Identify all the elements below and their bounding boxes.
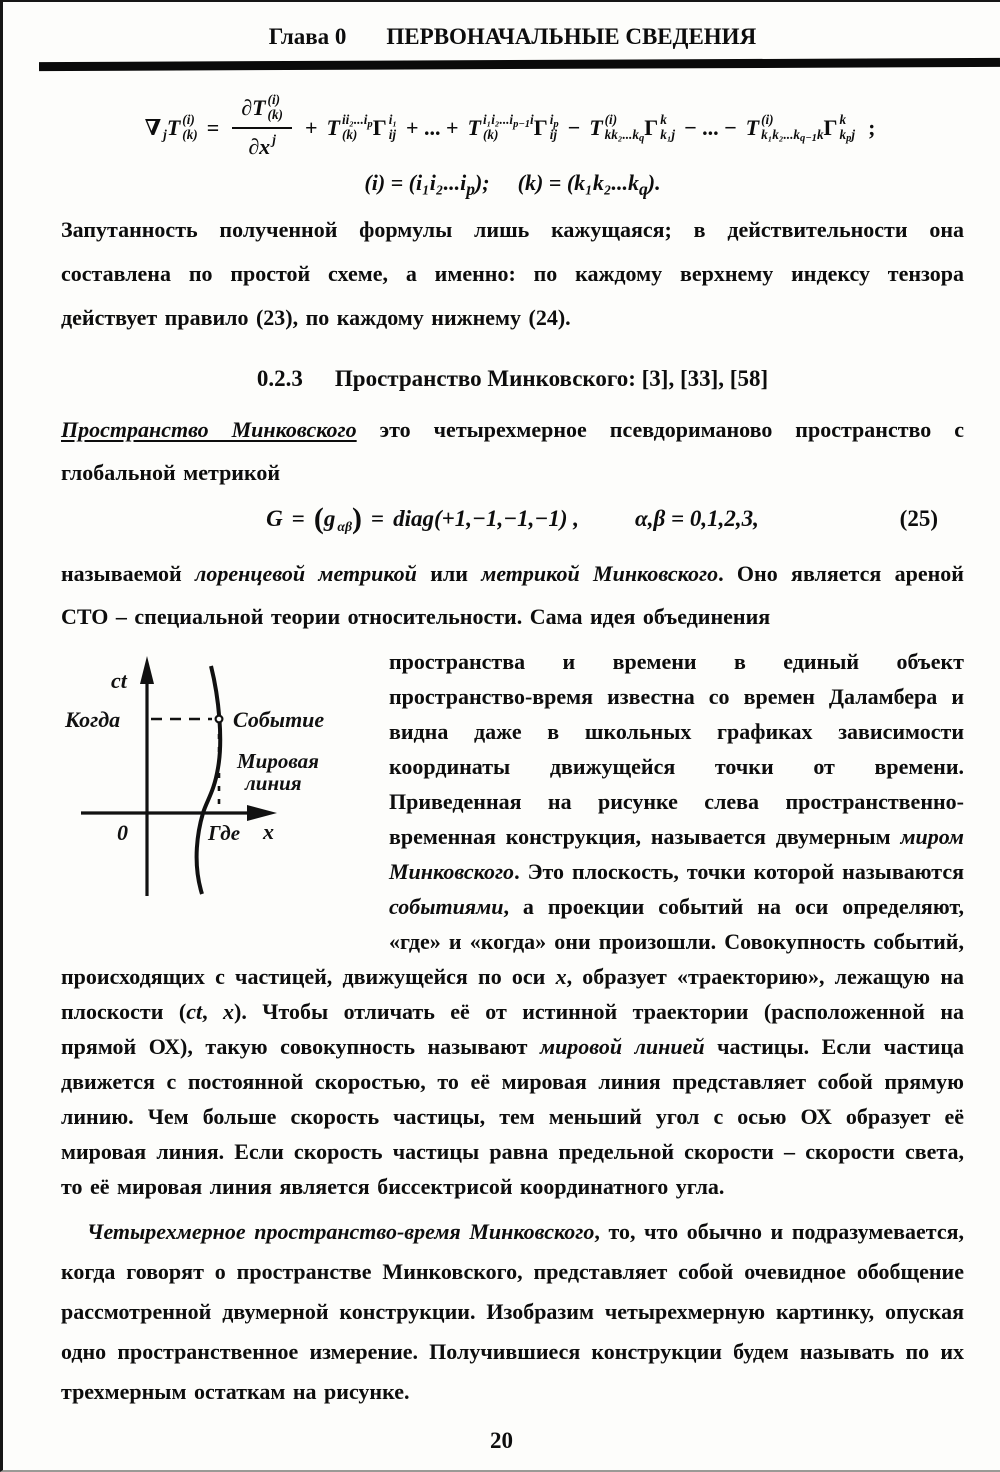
spacetime-diagram: ct Когда Событие Мировая линия 0 Где x	[61, 648, 379, 896]
page-number: 20	[3, 1428, 1000, 1454]
section-title: Пространство Минковского: [3], [33], [58…	[335, 366, 768, 392]
world-line-label-2: линия	[244, 771, 302, 795]
where-label: Где	[207, 821, 240, 845]
chapter-title: ПЕРВОНАЧАЛЬНЫЕ СВЕДЕНИЯ	[386, 24, 756, 50]
running-header: Глава 0 ПЕРВОНАЧАЛЬНЫЕ СВЕДЕНИЯ	[61, 24, 964, 50]
covariant-derivative-equation: ∇jT(i)(k)=∂T(i)(k)∂xj+Tii₂...ip(k)Γi₁ij+…	[51, 93, 978, 162]
section-number: 0.2.3	[257, 366, 303, 392]
x-axis-label: x	[262, 819, 274, 844]
ct-axis-arrowhead	[140, 656, 154, 684]
metric-equation: G=(gαβ)=diag(+1,−1,−1,−1) ,α,β = 0,1,2,3…	[61, 502, 964, 536]
figure-and-text-section: ct Когда Событие Мировая линия 0 Где x п…	[61, 644, 964, 1204]
paragraph-4d-minkowski: Четырехмерное пространство-время Минковс…	[61, 1212, 964, 1412]
multi-index-definition-line: (i) = (i₁i₂...ip);(k) = (k₁k₂...kq).	[61, 170, 964, 196]
when-label: Когда	[64, 707, 120, 732]
world-line-label-1: Мировая	[236, 749, 319, 773]
header-rule	[39, 58, 1000, 71]
paragraph-lorentz-metric: называемой лоренцевой метрикой или метри…	[61, 552, 964, 638]
book-page: Глава 0 ПЕРВОНАЧАЛЬНЫЕ СВЕДЕНИЯ ∇jT(i)(k…	[0, 0, 1000, 1472]
section-heading: 0.2.3 Пространство Минковского: [3], [33…	[61, 366, 964, 392]
metric-equation-body: G=(gαβ)=diag(+1,−1,−1,−1) ,α,β = 0,1,2,3…	[266, 502, 759, 536]
event-label: Событие	[233, 707, 324, 732]
paragraph-formula-note: Запутанность полученной формулы лишь каж…	[61, 208, 964, 340]
chapter-label: Глава 0	[269, 24, 347, 50]
world-line-curve	[197, 666, 221, 894]
origin-label: 0	[117, 820, 128, 845]
event-point	[216, 716, 223, 723]
ct-axis-label: ct	[111, 668, 128, 693]
paragraph-minkowski-definition: Пространство Минковского это четырехмерн…	[61, 408, 964, 494]
equation-number: (25)	[900, 506, 938, 532]
spacetime-diagram-svg: ct Когда Событие Мировая линия 0 Где x	[61, 648, 379, 896]
